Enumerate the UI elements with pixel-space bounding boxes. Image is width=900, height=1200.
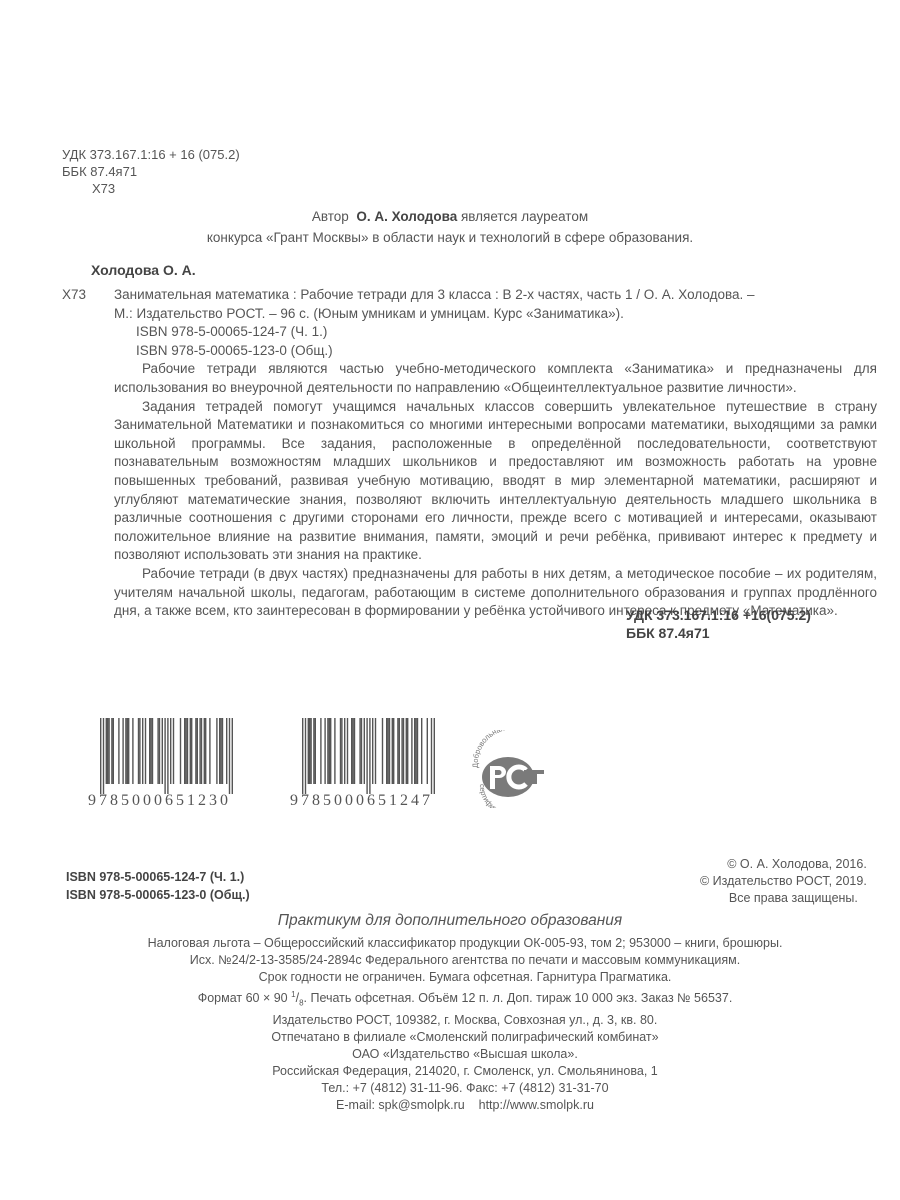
annotation-paragraph: Задания тетрадей помогут учащимся началь… (62, 398, 877, 565)
copyright-author: © О. А. Холодова, 2016. (700, 856, 867, 873)
imprint-ref: Исх. №24/2-13-3585/24-2894с Федерального… (0, 952, 900, 969)
copyright-publisher: © Издательство РОСТ, 2019. (700, 873, 867, 890)
record-isbn-part: ISBN 978-5-00065-124-7 (Ч. 1.) (62, 323, 877, 342)
bbk-code-bold: ББК 87.4я71 (626, 624, 811, 642)
imprint-publisher: Издательство РОСТ, 109382, г. Москва, Со… (0, 1012, 900, 1029)
isbn-total: ISBN 978-5-00065-123-0 (Общ.) (66, 886, 250, 904)
record-isbn-total: ISBN 978-5-00065-123-0 (Общ.) (62, 342, 877, 361)
barcode-digits: 9785000651247 (290, 792, 433, 810)
laureate-author: О. А. Холодова (356, 209, 457, 224)
isbn-block: ISBN 978-5-00065-124-7 (Ч. 1.) ISBN 978-… (66, 868, 250, 904)
classification-top: УДК 373.167.1:16 + 16 (075.2) ББК 87.4я7… (62, 146, 240, 197)
imprint-printed: Отпечатано в филиале «Смоленский полигра… (0, 1029, 900, 1046)
barcode-icon (88, 718, 233, 794)
laureate-prefix: Автор (312, 209, 349, 224)
isbn-part: ISBN 978-5-00065-124-7 (Ч. 1.) (66, 868, 250, 886)
imprint-contacts: E-mail: spk@smolpk.ru http://www.smolpk.… (0, 1097, 900, 1114)
bbk-code: ББК 87.4я71 (62, 163, 240, 180)
barcode-digits: 9785000651230 (88, 792, 231, 810)
bibliographic-record: Х73 Занимательная математика : Рабочие т… (62, 286, 877, 621)
author-mark: Х73 (62, 180, 240, 197)
barcode-total: 9785000651247 (290, 718, 435, 810)
classification-right: УДК 373.167.1:16 +16(075.2) ББК 87.4я71 (626, 606, 811, 642)
rights-reserved: Все права защищены. (700, 890, 867, 907)
udk-code-bold: УДК 373.167.1:16 +16(075.2) (626, 606, 811, 624)
laureate-note: Автор О. А. Холодова является лауреатом … (0, 206, 900, 248)
author-heading: Холодова О. А. (91, 262, 196, 278)
record-title-line2: М.: Издательство РОСТ. – 96 с. (Юным умн… (62, 305, 877, 324)
barcode-icon (290, 718, 435, 794)
record-title-line1: Занимательная математика : Рабочие тетра… (114, 286, 755, 305)
imprint-tax: Налоговая льгота – Общероссийский класси… (0, 935, 900, 952)
rst-certification-logo: Добровольная сертификация (468, 730, 556, 808)
udk-code: УДК 373.167.1:16 + 16 (075.2) (62, 146, 240, 163)
imprint-printer: ОАО «Издательство «Высшая школа». (0, 1046, 900, 1063)
imprint-shelf: Срок годности не ограничен. Бумага офсет… (0, 969, 900, 986)
imprint-format: Формат 60 × 90 1/8. Печать офсетная. Объ… (0, 986, 900, 1012)
laureate-suffix: является лауреатом (461, 209, 588, 224)
imprint-address: Российская Федерация, 214020, г. Смоленс… (0, 1063, 900, 1080)
barcode-part1: 9785000651230 (88, 718, 233, 810)
imprint-block: Налоговая льгота – Общероссийский класси… (0, 935, 900, 1114)
copyright-block: © О. А. Холодова, 2016. © Издательство Р… (700, 856, 867, 907)
imprint-phone: Тел.: +7 (4812) 31-11-96. Факс: +7 (4812… (0, 1080, 900, 1097)
series-title: Практикум для дополнительного образовани… (0, 912, 900, 930)
rst-certification-icon: Добровольная сертификация (468, 730, 556, 808)
laureate-line2: конкурса «Грант Москвы» в области наук и… (0, 227, 900, 248)
annotation-paragraph: Рабочие тетради являются частью учебно-м… (62, 360, 877, 397)
record-author-mark: Х73 (62, 286, 114, 305)
